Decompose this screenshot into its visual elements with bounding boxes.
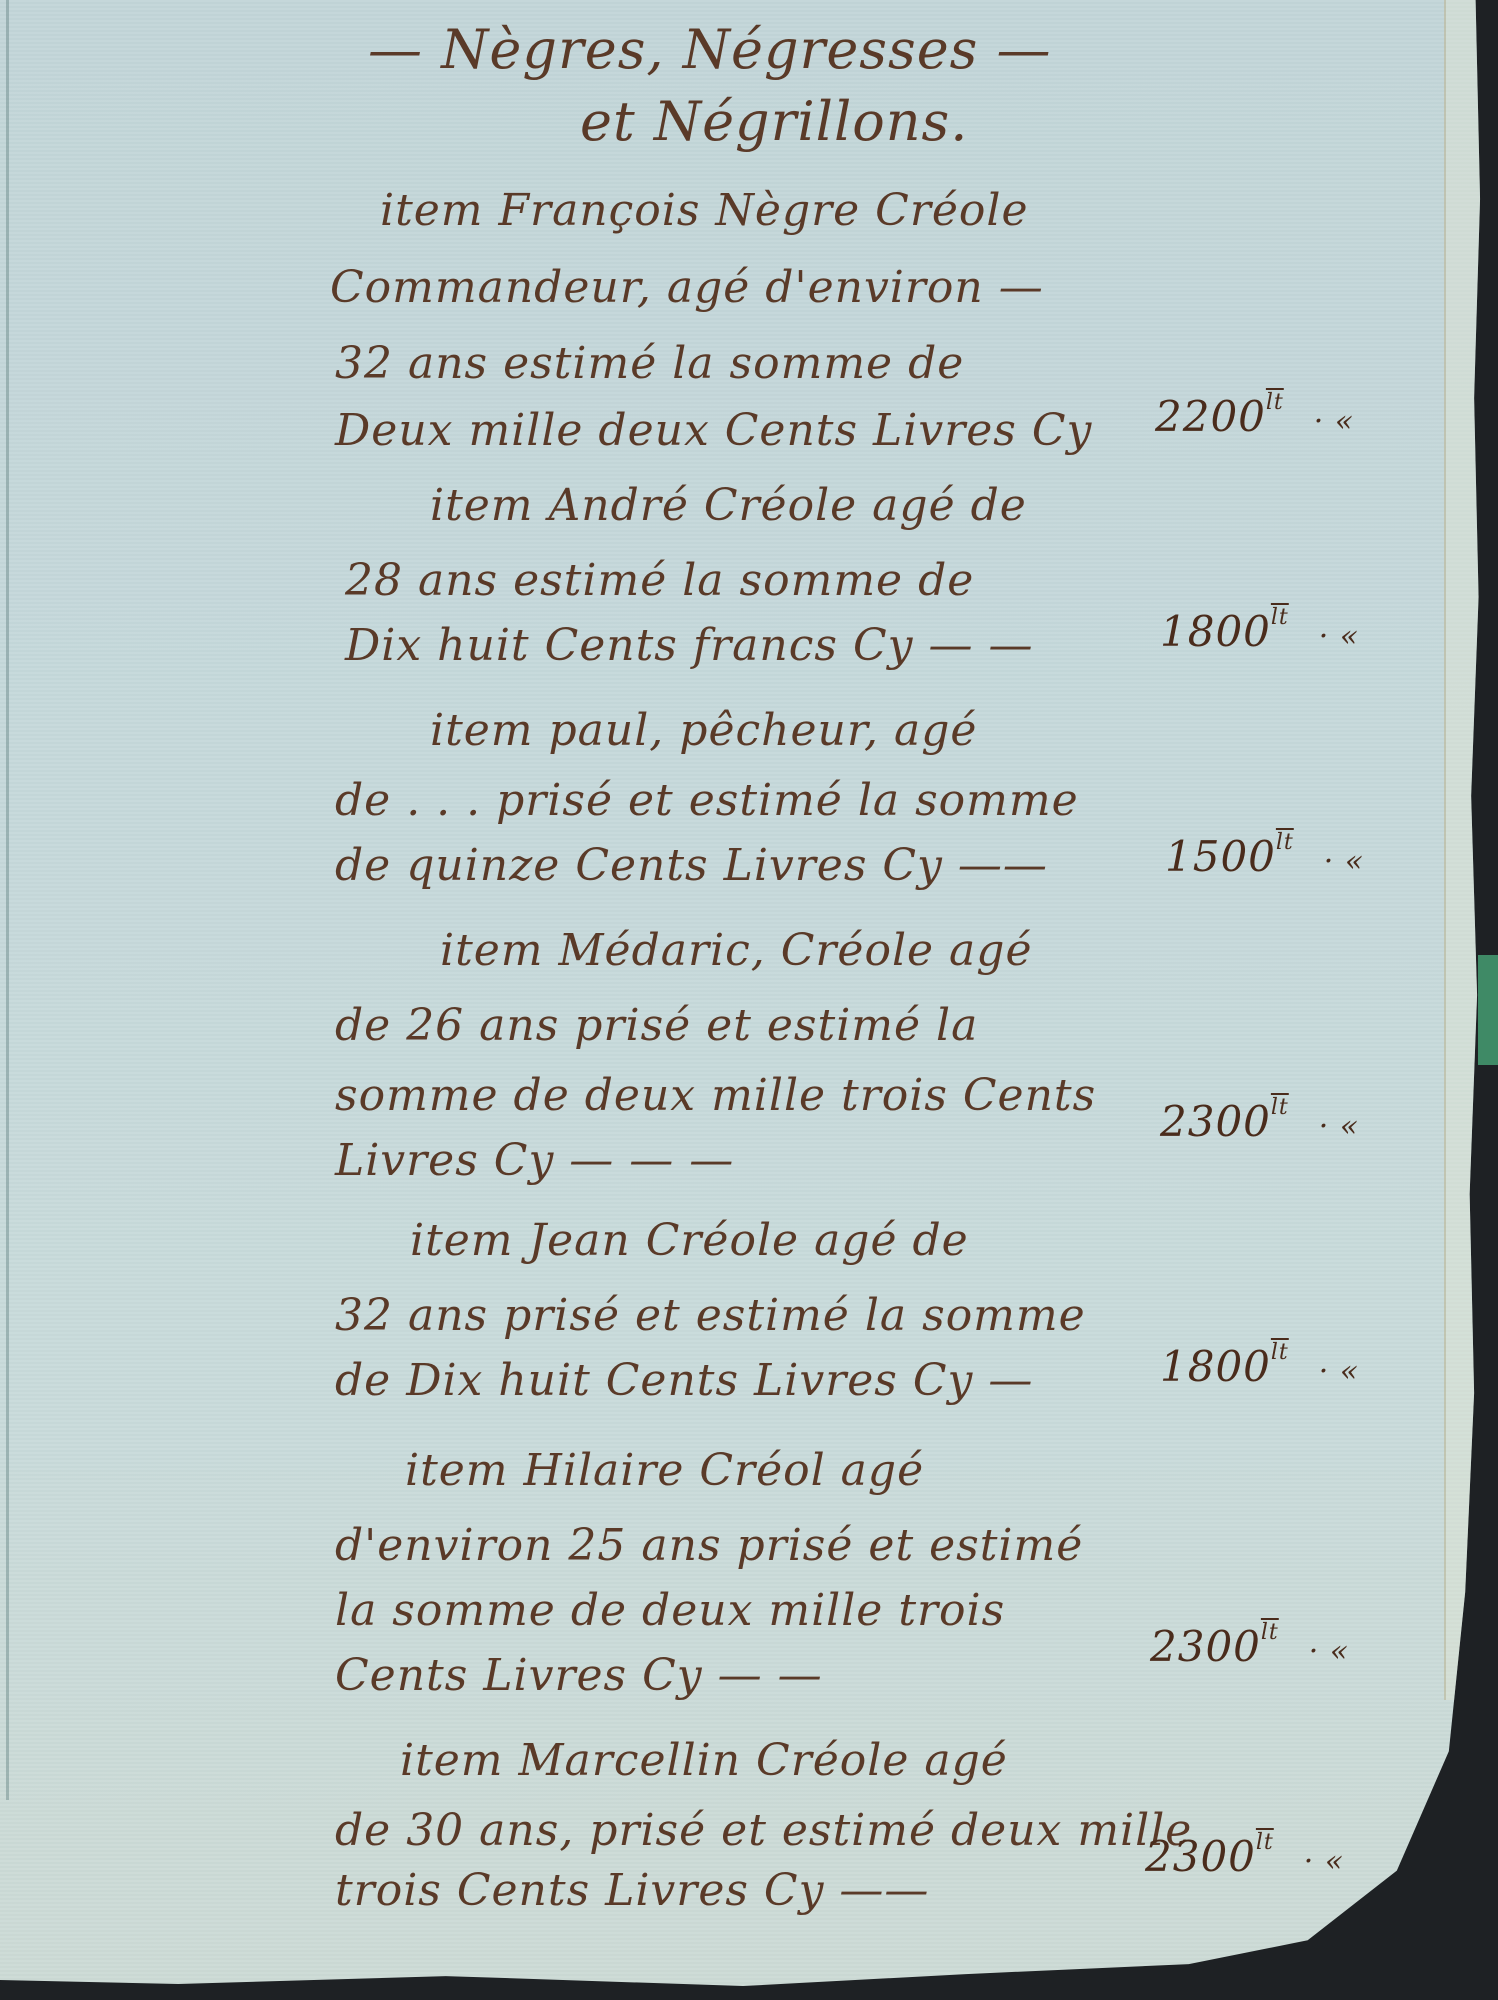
entry-amount: 2300lt· « bbox=[1150, 1620, 1349, 1671]
livres-tournois-mark: lt bbox=[1271, 1340, 1289, 1365]
entry-line: trois Cents Livres Cy —— bbox=[335, 1865, 929, 1916]
entry-line: Livres Cy — — — bbox=[335, 1135, 734, 1186]
amount-suffix: · « bbox=[1314, 404, 1354, 439]
entry-line: la somme de deux mille trois bbox=[335, 1585, 1005, 1636]
entry-line: item Hilaire Créol agé bbox=[405, 1445, 924, 1496]
entry-line: de . . . prisé et estimé la somme bbox=[335, 775, 1079, 826]
entry-line: Deux mille deux Cents Livres Cy bbox=[335, 405, 1092, 456]
page-fold-line bbox=[6, 0, 9, 1800]
entry-line: item François Nègre Créole bbox=[380, 185, 1029, 236]
entry-line: de 30 ans, prisé et estimé deux mille bbox=[335, 1805, 1192, 1856]
section-heading-line1: — Nègres, Négresses — bbox=[368, 18, 1052, 81]
amount-suffix: · « bbox=[1304, 1844, 1344, 1879]
livres-tournois-mark: lt bbox=[1271, 605, 1289, 630]
entry-amount: 1800lt· « bbox=[1160, 605, 1359, 656]
amount-suffix: · « bbox=[1319, 619, 1359, 654]
livres-tournois-mark: lt bbox=[1271, 1095, 1289, 1120]
entry-line: item Jean Créole agé de bbox=[410, 1215, 969, 1266]
entry-line: 32 ans prisé et estimé la somme bbox=[335, 1290, 1086, 1341]
amount-suffix: · « bbox=[1309, 1634, 1349, 1669]
entry-line: de Dix huit Cents Livres Cy — bbox=[335, 1355, 1033, 1406]
entry-line: de quinze Cents Livres Cy —— bbox=[335, 840, 1048, 891]
entry-amount: 2200lt· « bbox=[1155, 390, 1354, 441]
entry-line: 28 ans estimé la somme de bbox=[345, 555, 974, 606]
livres-tournois-mark: lt bbox=[1261, 1620, 1279, 1645]
entry-amount: 1500lt· « bbox=[1165, 830, 1364, 881]
manuscript-page: — Nègres, Négresses — et Négrillons. ite… bbox=[0, 0, 1486, 1990]
entry-line: Dix huit Cents francs Cy — — bbox=[345, 620, 1033, 671]
entry-line: item Médaric, Créole agé bbox=[440, 925, 1032, 976]
amount-suffix: · « bbox=[1319, 1354, 1359, 1389]
amount-value: 2300 bbox=[1145, 1832, 1256, 1881]
entry-line: d'environ 25 ans prisé et estimé bbox=[335, 1520, 1083, 1571]
livres-tournois-mark: lt bbox=[1256, 1830, 1274, 1855]
paper-deckle-edge bbox=[1444, 0, 1480, 1700]
amount-value: 1800 bbox=[1160, 1342, 1271, 1391]
livres-tournois-mark: lt bbox=[1266, 390, 1284, 415]
amount-value: 1800 bbox=[1160, 607, 1271, 656]
entry-amount: 2300lt· « bbox=[1160, 1095, 1359, 1146]
entry-line: item Marcellin Créole agé bbox=[400, 1735, 1008, 1786]
entry-amount: 2300lt· « bbox=[1145, 1830, 1344, 1881]
amount-suffix: · « bbox=[1324, 844, 1364, 879]
amount-value: 2200 bbox=[1155, 392, 1266, 441]
entry-line: Cents Livres Cy — — bbox=[335, 1650, 823, 1701]
entry-line: 32 ans estimé la somme de bbox=[335, 338, 964, 389]
amount-suffix: · « bbox=[1319, 1109, 1359, 1144]
entry-line: de 26 ans prisé et estimé la bbox=[335, 1000, 978, 1051]
amount-value: 2300 bbox=[1160, 1097, 1271, 1146]
entry-line: item André Créole agé de bbox=[430, 480, 1027, 531]
entry-line: item paul, pêcheur, agé bbox=[430, 705, 977, 756]
livres-tournois-mark: lt bbox=[1276, 830, 1294, 855]
entry-line: Commandeur, agé d'environ — bbox=[330, 262, 1044, 313]
section-heading-line2: et Négrillons. bbox=[580, 90, 968, 153]
amount-value: 1500 bbox=[1165, 832, 1276, 881]
green-tab-marker bbox=[1478, 955, 1498, 1065]
entry-amount: 1800lt· « bbox=[1160, 1340, 1359, 1391]
entry-line: somme de deux mille trois Cents bbox=[335, 1070, 1096, 1121]
amount-value: 2300 bbox=[1150, 1622, 1261, 1671]
